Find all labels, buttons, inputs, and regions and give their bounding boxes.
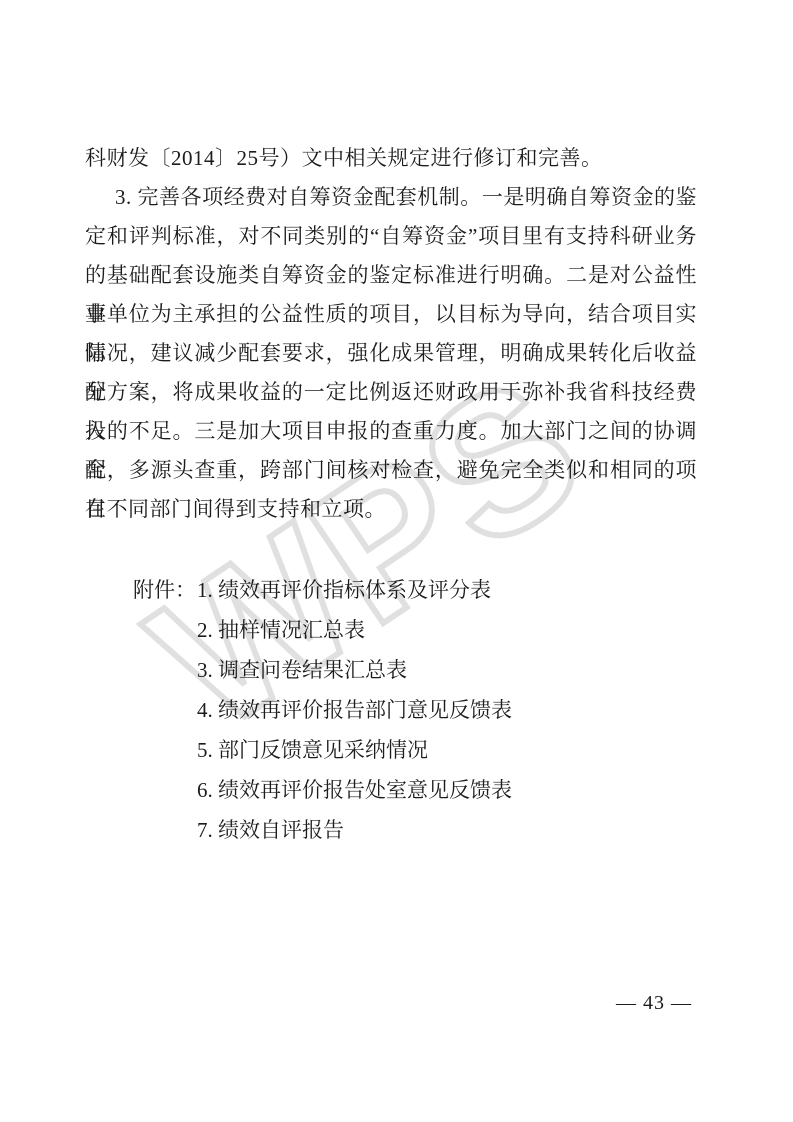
attachment-item: 3. 调查问卷结果汇总表 xyxy=(133,650,693,690)
body-text: 科财发〔2014〕25号）文中相关规定进行修订和完善。3. 完善各项经费对自筹资… xyxy=(85,139,697,529)
attachments-label: 附件： xyxy=(133,570,197,610)
attachment-item: 7. 绩效自评报告 xyxy=(133,810,693,850)
body-line: 合，多源头查重，跨部门间核对检查，避免完全类似和相同的项目 xyxy=(85,451,697,490)
attachment-list: 附件：1. 绩效再评价指标体系及评分表2. 抽样情况汇总表3. 调查问卷结果汇总… xyxy=(133,570,693,850)
body-line: 在不同部门间得到支持和立项。 xyxy=(85,490,697,529)
attachment-item: 5. 部门反馈意见采纳情况 xyxy=(133,730,693,770)
body-line: 入的不足。三是加大项目申报的查重力度。加大部门之间的协调配 xyxy=(85,412,697,451)
page-number: — 43 — xyxy=(616,992,692,1015)
body-line: 科财发〔2014〕25号）文中相关规定进行修订和完善。 xyxy=(85,139,697,178)
attachment-item: 附件：1. 绩效再评价指标体系及评分表 xyxy=(133,570,693,610)
attachment-item: 2. 抽样情况汇总表 xyxy=(133,610,693,650)
body-line: 配方案，将成果收益的一定比例返还财政用于弥补我省科技经费投 xyxy=(85,373,697,412)
attachment-item: 4. 绩效再评价报告部门意见反馈表 xyxy=(133,690,693,730)
body-line: 业单位为主承担的公益性质的项目，以目标为导向，结合项目实际 xyxy=(85,295,697,334)
attachment-item: 6. 绩效再评价报告处室意见反馈表 xyxy=(133,770,693,810)
body-line: 定和评判标准，对不同类别的“自筹资金”项目里有支持科研业务 xyxy=(85,217,697,256)
body-line: 3. 完善各项经费对自筹资金配套机制。一是明确自筹资金的鉴 xyxy=(85,178,697,217)
attachment-item-text: 1. 绩效再评价指标体系及评分表 xyxy=(197,578,491,602)
document-page: WPS 科财发〔2014〕25号）文中相关规定进行修订和完善。3. 完善各项经费… xyxy=(0,0,793,1122)
body-line: 情况，建议减少配套要求，强化成果管理，明确成果转化后收益分 xyxy=(85,334,697,373)
body-line: 的基础配套设施类自筹资金的鉴定标准进行明确。二是对公益性事 xyxy=(85,256,697,295)
